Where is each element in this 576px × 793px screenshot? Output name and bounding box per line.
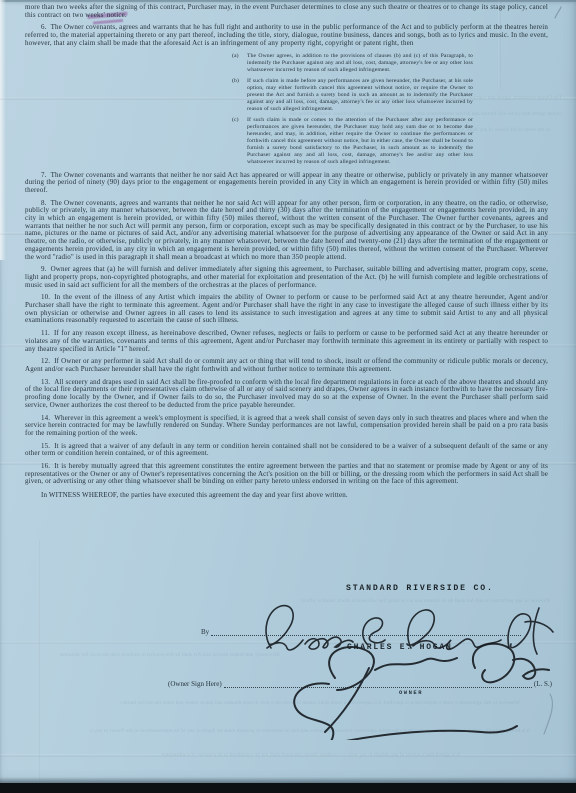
contract-paragraph-6: 6.The Owner covenants, agrees and warran… [25,24,548,47]
contract-clause-b: (b)If such claim is made before any perf… [247,78,473,113]
owner-sign-here-label: (Owner Sign Here) [168,680,222,688]
bleed-through-text: Wherever in this agreement a week's empl… [120,700,520,708]
paragraph-text: Wherever in this agreement a week's empl… [25,414,548,437]
continued-paragraph: more than two weeks after the signing of… [25,4,548,19]
contract-text-column: more than two weeks after the signing of… [25,2,548,500]
clause-text: The Owner agrees, in addition to the pro… [247,53,473,73]
signature-dotted-line [211,626,521,636]
contract-paragraph-11: 11.If for any reason except illness, as … [25,330,548,353]
clause-label: (c) [232,117,239,124]
paragraph-text: It is agreed that a waiver of any defaul… [25,442,548,458]
paragraph-text: The Owner covenants, agrees and warrants… [25,199,548,261]
contract-clause-c: (c)If such claim is made or comes to the… [247,117,473,166]
pencil-mark [538,690,560,738]
scanned-contract-page: The Owner covenants, agrees and warrants… [0,0,576,793]
scanner-bed-strip [0,783,576,793]
paragraph-text: Owner agrees that (a) he will furnish an… [25,265,548,288]
contract-paragraph-12: 12.If Owner or any performer in said Act… [25,358,548,373]
paragraph-text: All scenery and drapes used in said Act … [25,378,548,409]
pencil-mark [552,6,564,20]
paragraph-text: In the event of the illness of any Artis… [25,293,548,324]
contract-paragraph-14: 14.Wherever in this agreement a week's e… [25,415,548,438]
bleed-through-text: If Owner or any performer in said Act sh… [300,598,550,606]
signer-name-typed: CHARLES E. HOGAN [347,643,453,652]
by-signature-line: By [201,626,521,636]
paragraph-text: The Owner covenants, agrees and warrants… [25,23,548,46]
by-label: By [201,628,209,636]
owner-signature-line: (Owner Sign Here) (L. S.) [168,678,552,688]
contract-paragraph-10: 10.In the event of the illness of any Ar… [25,294,548,325]
contract-paragraph-13: 13.All scenery and drapes used in said A… [25,379,548,410]
owner-label-typed: OWNER [399,689,423,696]
bleed-through-text: It is agreed that a waiver of any defaul… [160,752,460,760]
clause-text: If such claim is made before any perform… [247,78,473,112]
paragraph-text: If Owner or any performer in said Act sh… [25,357,548,373]
bleed-through-text: All scenery and drapes used in said Act … [60,652,280,660]
paper-left-edge-highlight [0,0,6,260]
contract-paragraph-8: 8.The Owner covenants, agrees and warran… [25,200,548,262]
paragraph-text: The Owner covenants and warrants that ne… [25,171,548,194]
paragraph-text: If for any reason except illness, as her… [25,329,548,352]
contract-clause-a: (a)The Owner agrees, in addition to the … [247,53,473,74]
locus-sigilli-label: (L. S.) [534,680,552,688]
company-name-typed: STANDARD RIVERSIDE CO. [346,584,494,593]
fold-crease [37,540,40,780]
signature-dotted-line [224,678,532,688]
clause-label: (a) [232,53,239,60]
paragraph-text: It is hereby mutually agreed that this a… [25,462,548,485]
contract-paragraph-7: 7.The Owner covenants and warrants that … [25,172,548,195]
paper-sheet: The Owner covenants, agrees and warrants… [0,0,576,784]
clause-label: (b) [232,78,239,85]
clause-text: If such claim is made or comes to the at… [247,117,473,165]
indemnity-clauses: (a)The Owner agrees, in addition to the … [247,53,473,166]
fold-crease [0,641,576,644]
bleed-through-text: It is hereby mutually agreed that this a… [90,728,530,736]
contract-paragraph-16: 16.It is hereby mutually agreed that thi… [25,463,548,486]
witness-whereof-line: In WITNESS WHEREOF, the parties have exe… [25,492,548,500]
contract-paragraph-15: 15.It is agreed that a waiver of any def… [25,443,548,458]
contract-paragraph-9: 9.Owner agrees that (a) he will furnish … [25,266,548,289]
